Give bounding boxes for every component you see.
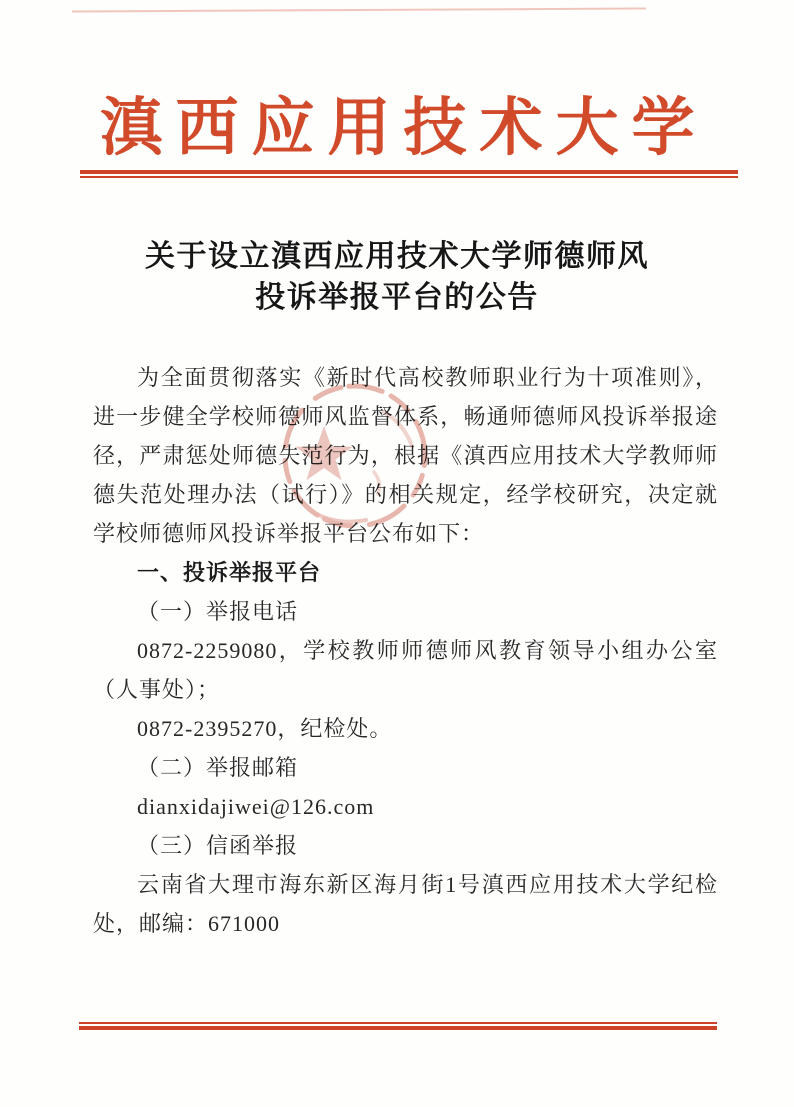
letterhead-rule (80, 170, 738, 178)
footer-rule-thick-line (79, 1026, 717, 1030)
intro-paragraph: 为全面贯彻落实《新时代高校教师职业行为十项准则》，进一步健全学校师德师风监督体系… (93, 358, 718, 553)
letterhead-rule-thin-line (80, 176, 738, 178)
item-1-phone-line-2: 0872-2395270，纪检处。 (93, 709, 718, 748)
item-2-label: （二）举报邮箱 (93, 748, 718, 787)
letterhead-org-name: 滇西应用技术大学 (0, 92, 794, 164)
item-3-address: 云南省大理市海东新区海月街1号滇西应用技术大学纪检处，邮编：671000 (93, 865, 718, 943)
notice-body: 为全面贯彻落实《新时代高校教师职业行为十项准则》，进一步健全学校师德师风监督体系… (93, 358, 718, 943)
item-2-email: dianxidajiwei@126.com (93, 787, 718, 826)
notice-title-line-1: 关于设立滇西应用技术大学师德师风 (0, 236, 794, 277)
item-1-label: （一）举报电话 (93, 592, 718, 631)
notice-title: 关于设立滇西应用技术大学师德师风 投诉举报平台的公告 (0, 236, 794, 318)
section-1-heading: 一、投诉举报平台 (93, 553, 718, 592)
notice-title-line-2: 投诉举报平台的公告 (0, 277, 794, 318)
item-1-phone-line-1: 0872-2259080，学校教师师德师风教育领导小组办公室（人事处）； (93, 631, 718, 709)
item-3-label: （三）信函举报 (93, 826, 718, 865)
footer-rule (79, 1022, 717, 1030)
scan-edge-line (72, 7, 646, 12)
document-page: 滇西应用技术大学 关于设立滇西应用技术大学师德师风 投诉举报平台的公告 为全面贯… (0, 0, 794, 1107)
